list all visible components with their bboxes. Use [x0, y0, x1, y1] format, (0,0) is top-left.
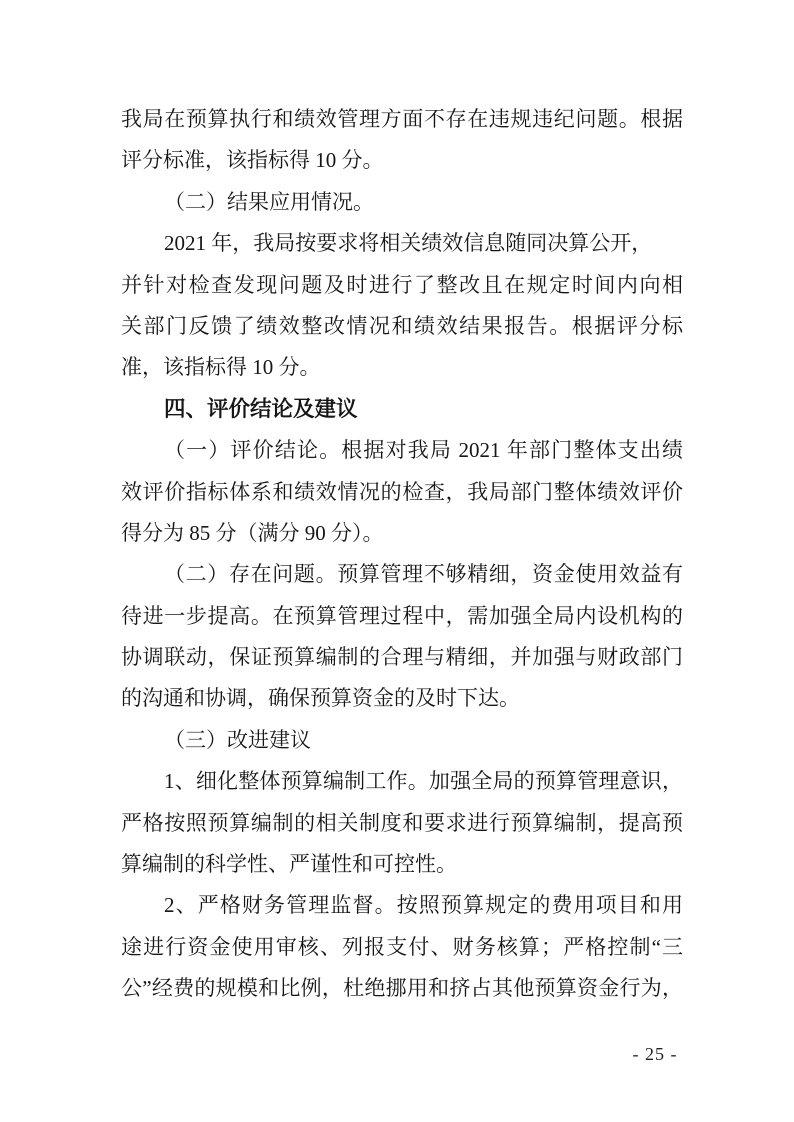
- text-line: 准，该指标得 10 分。: [121, 347, 683, 388]
- page-number: - 25 -: [600, 1042, 710, 1066]
- text-line: 算编制的科学性、严谨性和可控性。: [121, 844, 683, 885]
- text-line: 1、细化整体预算编制工作。加强全局的预算管理意识，: [121, 761, 683, 802]
- text-line: 公”经费的规模和比例，杜绝挪用和挤占其他预算资金行为，: [121, 968, 683, 1009]
- text-line: 待进一步提高。在预算管理过程中，需加强全局内设机构的: [121, 596, 683, 637]
- text-line: 得分为 85 分（满分 90 分）。: [121, 513, 683, 554]
- text-line: 2、严格财务管理监督。按照预算规定的费用项目和用: [121, 885, 683, 926]
- text-line: （三）改进建议: [121, 720, 683, 761]
- text-line: 严格按照预算编制的相关制度和要求进行预算编制，提高预: [121, 803, 683, 844]
- text-line: （一）评价结论。根据对我局 2021 年部门整体支出绩: [121, 430, 683, 471]
- section-heading: 四、评价结论及建议: [121, 389, 683, 430]
- text-line: 2021 年，我局按要求将相关绩效信息随同决算公开，: [121, 223, 683, 264]
- text-line: 途进行资金使用审核、列报支付、财务核算；严格控制“三: [121, 927, 683, 968]
- text-line: （二）结果应用情况。: [121, 182, 683, 223]
- text-line: 评分标准，该指标得 10 分。: [121, 140, 683, 181]
- text-line: 我局在预算执行和绩效管理方面不存在违规违纪问题。根据: [121, 99, 683, 140]
- document-page: 我局在预算执行和绩效管理方面不存在违规违纪问题。根据 评分标准，该指标得 10 …: [0, 0, 794, 1122]
- text-line: （二）存在问题。预算管理不够精细，资金使用效益有: [121, 554, 683, 595]
- document-body: 我局在预算执行和绩效管理方面不存在违规违纪问题。根据 评分标准，该指标得 10 …: [121, 99, 683, 1010]
- text-line: 的沟通和协调，确保预算资金的及时下达。: [121, 678, 683, 719]
- text-line: 并针对检查发现问题及时进行了整改且在规定时间内向相: [121, 265, 683, 306]
- text-line: 关部门反馈了绩效整改情况和绩效结果报告。根据评分标: [121, 306, 683, 347]
- text-line: 效评价指标体系和绩效情况的检查，我局部门整体绩效评价: [121, 472, 683, 513]
- text-line: 协调联动，保证预算编制的合理与精细，并加强与财政部门: [121, 637, 683, 678]
